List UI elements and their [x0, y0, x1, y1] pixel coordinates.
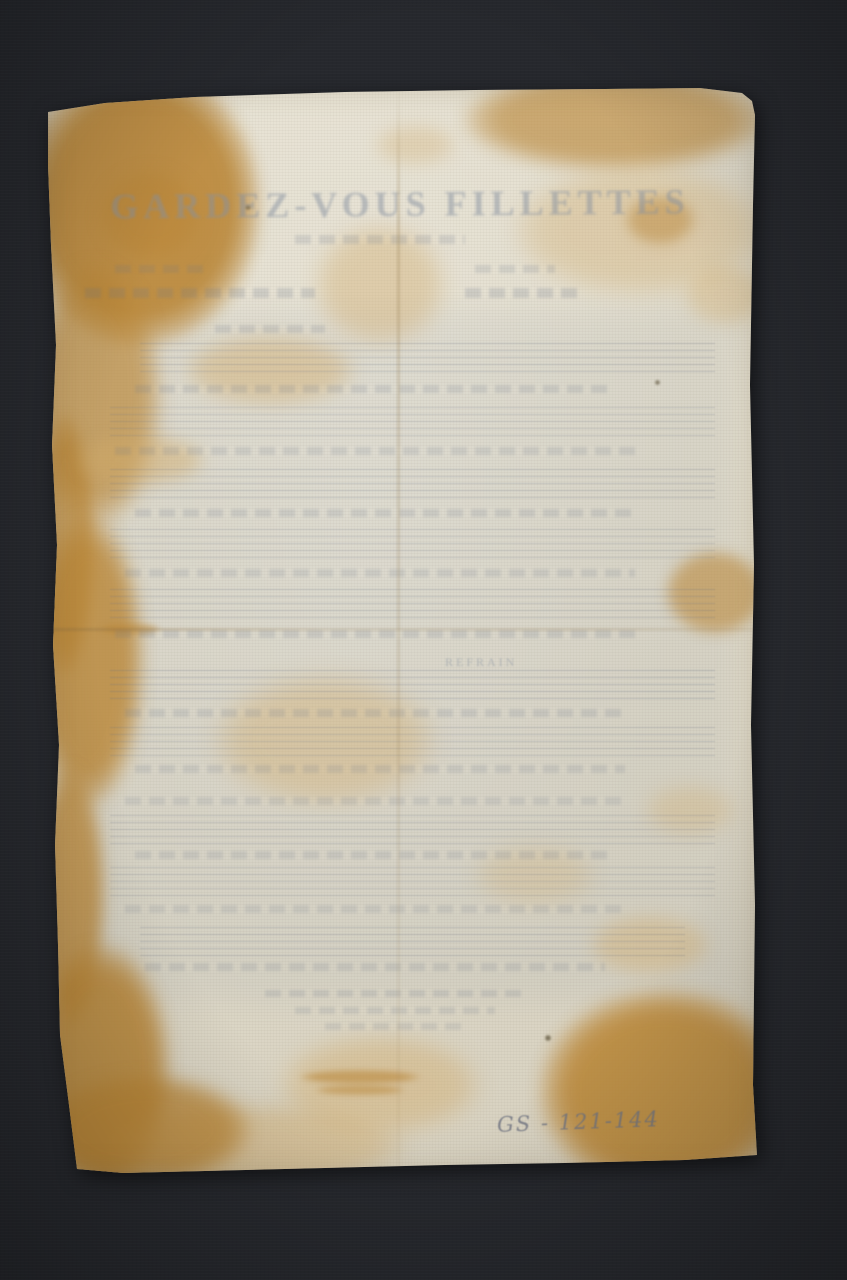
paper-edge-shading [45, 85, 760, 1175]
photo-canvas: GARDEZ-VOUS FILLETTES REFRAIN GS - 121-1… [0, 0, 847, 1280]
paper-shadow-wrapper: GARDEZ-VOUS FILLETTES REFRAIN GS - 121-1… [45, 85, 760, 1175]
sheet-music-verso: GARDEZ-VOUS FILLETTES REFRAIN GS - 121-1… [45, 85, 760, 1175]
